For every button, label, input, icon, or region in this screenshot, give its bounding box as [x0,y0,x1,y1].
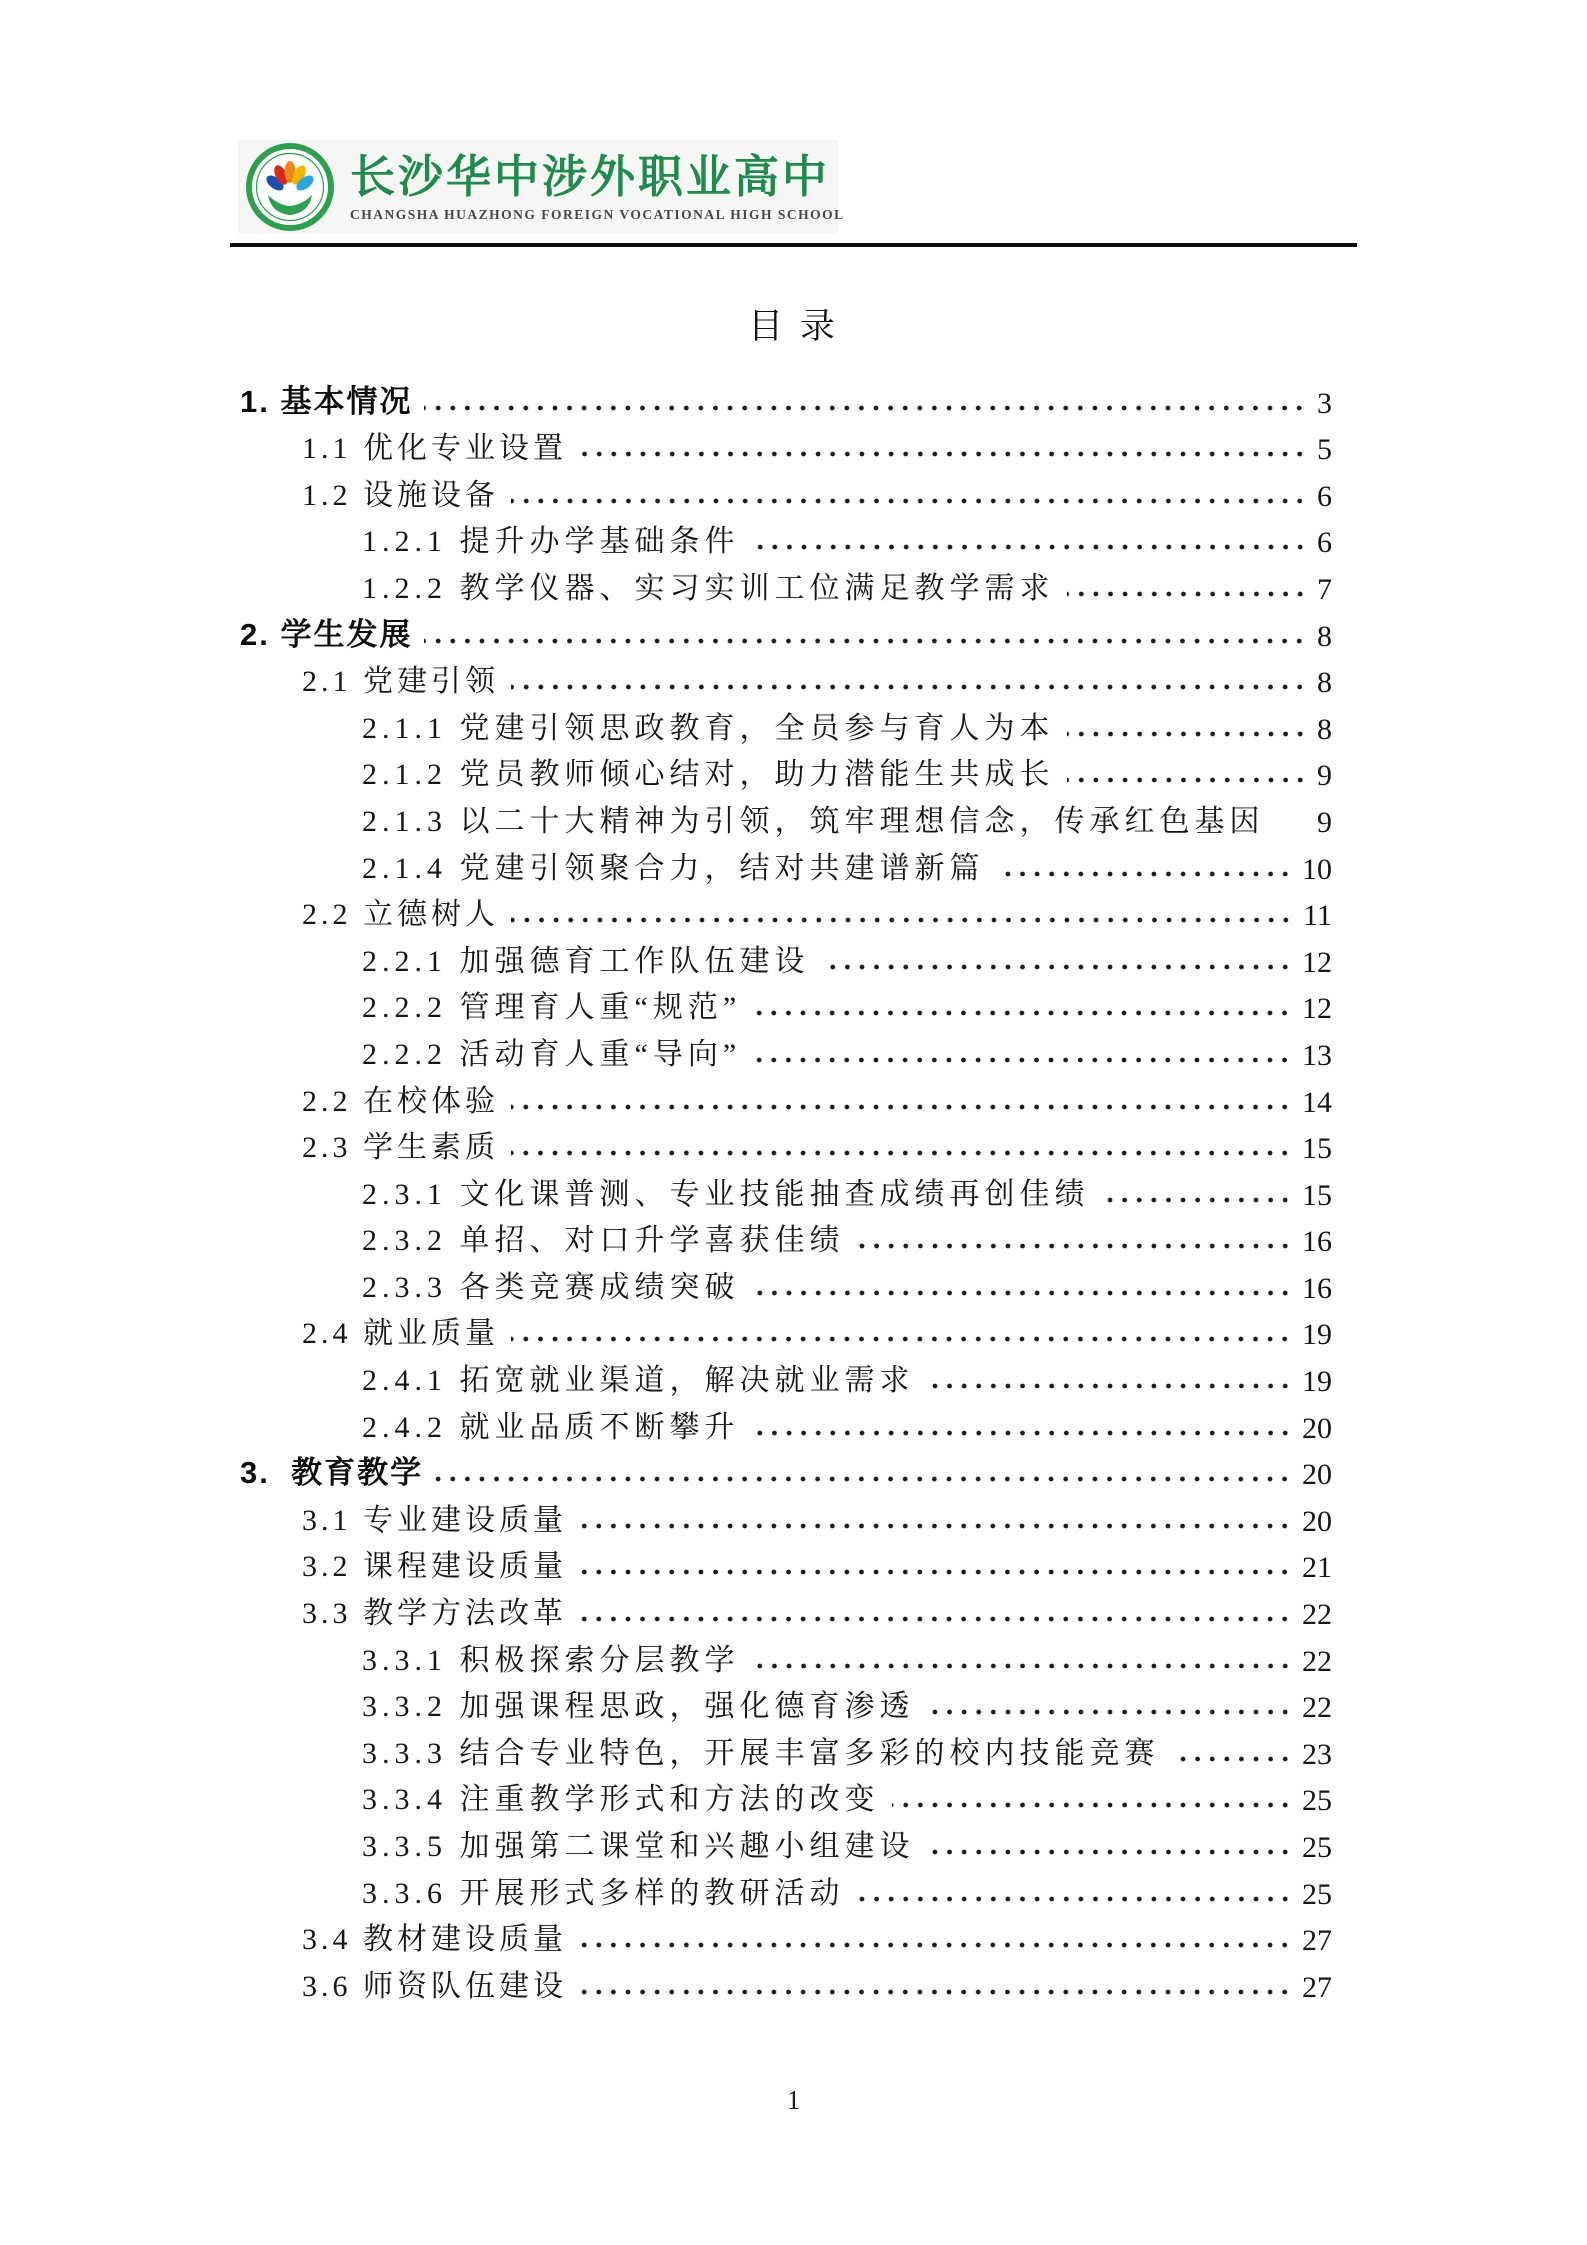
toc-entry: 2.4.2 就业品质不断攀升 20 [240,1399,1332,1446]
toc-entry-page: 19 [1302,1365,1332,1399]
toc-entry-page: 22 [1302,1645,1332,1679]
dot-leader [579,1569,1292,1575]
toc-entry-label: 2.3.3 各类竞赛成绩突破 [362,1262,740,1306]
toc-entry-label: 2.3.2 单招、对口升学喜获佳绩 [362,1215,845,1259]
dot-leader [753,1010,1292,1016]
toc-entry-page: 8 [1317,620,1332,654]
toc-entry: 2.2 立德树人 11 [240,887,1332,934]
dot-leader [752,1430,1293,1436]
toc-entry: 3. 教育教学 20 [240,1446,1332,1493]
toc-entry: 2.1 党建引领 8 [240,654,1332,701]
toc-entry-page: 5 [1317,433,1332,467]
dot-leader [752,1290,1293,1296]
toc-entry-page: 19 [1302,1318,1332,1352]
toc-entry-label: 1. 基本情况 [240,376,412,421]
dot-leader [424,405,1307,411]
toc-entry: 2.1.1 党建引领思政教育，全员参与育人为本 8 [240,700,1332,747]
dot-leader [579,1616,1292,1622]
dot-leader [435,1476,1292,1482]
toc-entry-label: 1.1 优化专业设置 [302,423,567,467]
toc-entry-label: 2. 学生发展 [240,609,412,654]
toc-entry: 1.1 优化专业设置 5 [240,421,1332,468]
toc-entry: 2.2.2 活动育人重“导向” 13 [240,1026,1332,1073]
toc-entry-label: 2.1.2 党员教师倾心结对，助力潜能生共成长 [362,749,1055,793]
toc-entry-page: 21 [1302,1551,1332,1585]
toc-entry: 2.3.2 单招、对口升学喜获佳绩 16 [240,1213,1332,1260]
page-number: 1 [0,2085,1587,2116]
school-name-chinese: 长沙华中涉外职业高中 [350,152,845,202]
toc-entry: 3.4 教材建设质量 27 [240,1912,1332,1959]
toc-entry: 3.3.3 结合专业特色，开展丰富多彩的校内技能竞赛 23 [240,1725,1332,1772]
dot-leader [1067,731,1308,737]
toc-entry-label: 3. 教育教学 [240,1447,423,1492]
dot-leader [1172,1756,1293,1762]
dot-leader [511,917,1293,923]
toc-entry: 2.1.4 党建引领聚合力，结对共建谱新篇 10 [240,840,1332,887]
toc-entry-label: 3.3 教学方法改革 [302,1588,567,1632]
toc-entry-label: 3.3.6 开展形式多样的教研活动 [362,1868,845,1912]
dot-leader [997,871,1293,877]
toc-entry-page: 20 [1302,1505,1332,1539]
toc-entry-label: 2.4 就业质量 [302,1308,499,1352]
toc-entry-page: 14 [1302,1086,1332,1120]
toc-title: 目 录 [0,299,1587,349]
toc-entry: 1. 基本情况 3 [240,374,1332,421]
toc-entry: 3.2 课程建设质量 21 [240,1539,1332,1586]
toc-entry: 2.1.2 党员教师倾心结对，助力潜能生共成长 9 [240,747,1332,794]
toc-entry: 3.3.2 加强课程思政，强化德育渗透 22 [240,1679,1332,1726]
toc-entry-label: 2.2 在校体验 [302,1076,499,1120]
toc-entry-label: 3.3.2 加强课程思政，强化德育渗透 [362,1681,915,1725]
dot-leader [927,1849,1293,1855]
toc-entry: 3.3.1 积极探索分层教学 22 [240,1632,1332,1679]
dot-leader [579,451,1307,457]
toc-entry: 2.3 学生素质 15 [240,1120,1332,1167]
toc-entry: 2.4.1 拓宽就业渠道，解决就业需求 19 [240,1352,1332,1399]
toc-entry: 2.1.3 以二十大精神为引领，筑牢理想信念，传承红色基因 9 [240,793,1332,840]
toc-entry-page: 13 [1302,1039,1332,1073]
toc-entry-label: 3.2 课程建设质量 [302,1541,567,1585]
toc-entry-page: 11 [1303,899,1332,933]
toc-entry: 3.6 师资队伍建设 27 [240,1958,1332,2005]
toc-entry-page: 12 [1302,946,1332,980]
toc-entry-page: 7 [1317,573,1332,607]
toc-entry-label: 3.3.1 积极探索分层教学 [362,1635,740,1679]
toc-entry: 3.3.4 注重教学形式和方法的改变 25 [240,1772,1332,1819]
toc-entry-label: 2.4.1 拓宽就业渠道，解决就业需求 [362,1355,915,1399]
toc-entry-page: 9 [1317,759,1332,793]
toc-entry-label: 2.2.2 活动育人重“导向” [362,1029,741,1073]
school-name-english: CHANGSHA HUAZHONG FOREIGN VOCATIONAL HIG… [350,207,845,223]
toc-entry-page: 8 [1317,666,1332,700]
toc-entry-page: 6 [1317,480,1332,514]
toc-entry-page: 27 [1302,1971,1332,2005]
dot-leader [579,1942,1292,1948]
dot-leader [511,498,1307,504]
toc-entry-page: 23 [1302,1738,1332,1772]
toc-entry-label: 2.1.3 以二十大精神为引领，筑牢理想信念，传承红色基因 [362,796,1265,840]
school-header: 长沙华中涉外职业高中 CHANGSHA HUAZHONG FOREIGN VOC… [238,140,838,234]
toc-entry-page: 22 [1302,1598,1332,1632]
toc-entry-page: 25 [1302,1878,1332,1912]
dot-leader [927,1709,1293,1715]
toc-entry-label: 2.2 立德树人 [302,889,499,933]
dot-leader [857,1896,1293,1902]
toc-entry-label: 2.3.1 文化课普测、专业技能抽查成绩再创佳绩 [362,1169,1090,1213]
toc-entry-label: 2.2.1 加强德育工作队伍建设 [362,936,810,980]
toc-entry: 2.3.1 文化课普测、专业技能抽查成绩再创佳绩 15 [240,1166,1332,1213]
toc-entry-label: 1.2.2 教学仪器、实习实训工位满足教学需求 [362,563,1055,607]
toc-entry-page: 10 [1302,853,1332,887]
dot-leader [579,1989,1292,1995]
toc-entry-page: 25 [1302,1831,1332,1865]
dot-leader [424,638,1307,644]
dot-leader [927,1383,1293,1389]
toc-entry-page: 20 [1302,1458,1332,1492]
toc-entry-page: 25 [1302,1784,1332,1818]
school-name-block: 长沙华中涉外职业高中 CHANGSHA HUAZHONG FOREIGN VOC… [350,152,845,223]
toc-entry-label: 3.4 教材建设质量 [302,1914,567,1958]
dot-leader [752,1663,1293,1669]
toc-entry-page: 16 [1302,1272,1332,1306]
dot-leader [752,544,1308,550]
toc-entry-label: 3.1 专业建设质量 [302,1495,567,1539]
toc-entry-label: 3.3.4 注重教学形式和方法的改变 [362,1774,880,1818]
toc-entry-page: 27 [1302,1924,1332,1958]
dot-leader [579,1523,1292,1529]
toc-entry-page: 6 [1317,526,1332,560]
toc-entry-page: 20 [1302,1412,1332,1446]
toc-entry-label: 2.4.2 就业品质不断攀升 [362,1402,740,1446]
toc-entry-page: 3 [1317,387,1332,421]
toc-entry-page: 12 [1302,992,1332,1026]
dot-leader [1267,824,1316,830]
toc-entry-page: 22 [1302,1691,1332,1725]
header-divider-line [230,243,1357,247]
toc-entry: 1.2.1 提升办学基础条件 6 [240,514,1332,561]
dot-leader [1102,1197,1293,1203]
toc-entry-page: 16 [1302,1225,1332,1259]
toc-entry: 2.4 就业质量 19 [240,1306,1332,1353]
toc-entry: 2.2.2 管理育人重“规范” 12 [240,980,1332,1027]
toc-entry-label: 3.6 师资队伍建设 [302,1961,567,2005]
toc-entry-label: 2.2.2 管理育人重“规范” [362,982,741,1026]
dot-leader [511,1336,1292,1342]
toc-entry: 3.1 专业建设质量 20 [240,1492,1332,1539]
toc-entry-label: 2.1.4 党建引领聚合力，结对共建谱新篇 [362,843,985,887]
toc-entry: 1.2.2 教学仪器、实习实训工位满足教学需求 7 [240,560,1332,607]
toc-entry-label: 2.1 党建引领 [302,656,499,700]
dot-leader [1067,777,1308,783]
toc-entry-label: 3.3.5 加强第二课堂和兴趣小组建设 [362,1821,915,1865]
toc-entry: 2.3.3 各类竞赛成绩突破 16 [240,1259,1332,1306]
toc-list: 1. 基本情况 3 1.1 优化专业设置 5 1.2 设施设备 6 1.2.1 … [240,374,1332,2005]
toc-entry-label: 2.1.1 党建引领思政教育，全员参与育人为本 [362,703,1055,747]
dot-leader [511,684,1307,690]
dot-leader [511,1150,1292,1156]
school-emblem-icon [246,143,334,231]
toc-entry: 2.2 在校体验 14 [240,1073,1332,1120]
toc-entry-label: 1.2 设施设备 [302,470,499,514]
toc-entry: 1.2 设施设备 6 [240,467,1332,514]
dot-leader [511,1104,1292,1110]
dot-leader [753,1057,1292,1063]
toc-entry-page: 15 [1302,1179,1332,1213]
toc-entry: 2.2.1 加强德育工作队伍建设 12 [240,933,1332,980]
toc-entry-page: 15 [1302,1132,1332,1166]
dot-leader [857,1243,1293,1249]
dot-leader [822,964,1293,970]
dot-leader [1067,591,1308,597]
toc-entry-page: 9 [1317,806,1332,840]
toc-entry: 2. 学生发展 8 [240,607,1332,654]
toc-entry: 3.3.6 开展形式多样的教研活动 25 [240,1865,1332,1912]
toc-entry-label: 2.3 学生素质 [302,1122,499,1166]
toc-entry: 3.3 教学方法改革 22 [240,1585,1332,1632]
toc-entry: 3.3.5 加强第二课堂和兴趣小组建设 25 [240,1818,1332,1865]
dot-leader [892,1802,1293,1808]
toc-entry-label: 1.2.1 提升办学基础条件 [362,516,740,560]
toc-entry-label: 3.3.3 结合专业特色，开展丰富多彩的校内技能竞赛 [362,1728,1160,1772]
toc-entry-page: 8 [1317,713,1332,747]
